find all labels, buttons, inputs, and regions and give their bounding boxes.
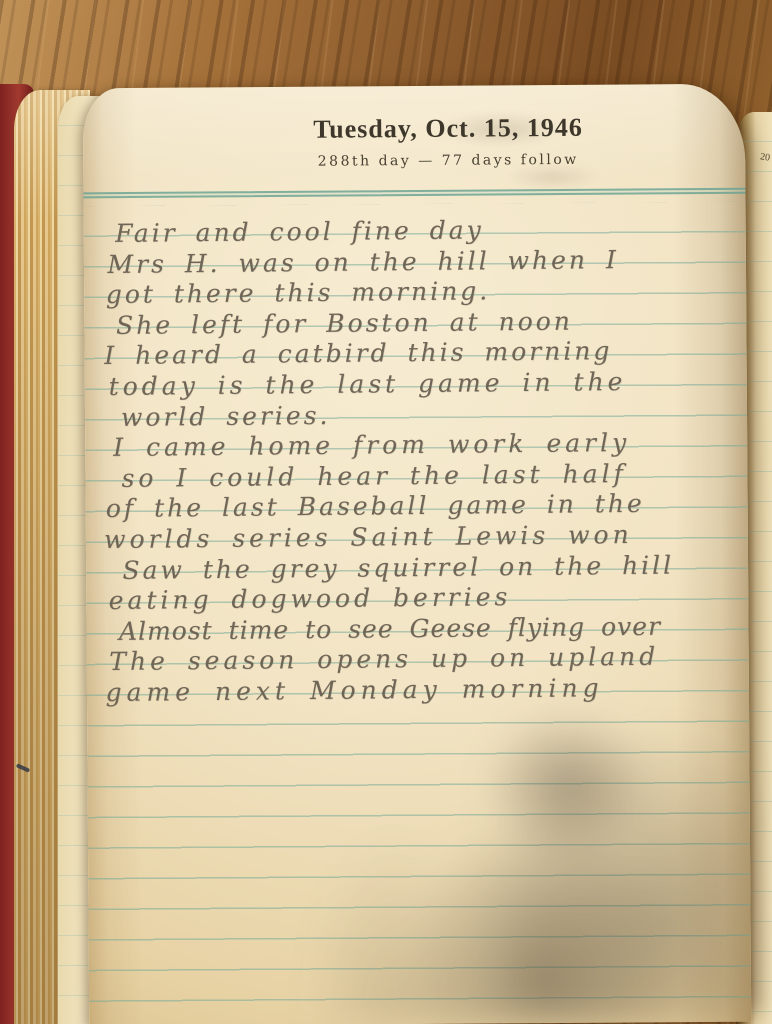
photographer-shadow	[267, 692, 751, 1024]
entry-line: game next Monday morning	[103, 672, 745, 709]
printed-date: Tuesday, Oct. 15, 1946	[117, 111, 772, 146]
page-header: Tuesday, Oct. 15, 1946 288th day — 77 da…	[117, 111, 772, 171]
header-rule-line	[83, 188, 745, 199]
diary-photo: 20 Tuesday, Oct. 15, 1946 288th day — 77…	[0, 0, 772, 1024]
printed-day-count: 288th day — 77 days follow	[117, 150, 772, 171]
diary-page: Tuesday, Oct. 15, 1946 288th day — 77 da…	[83, 84, 752, 1024]
entry-line: The season opens up on upland	[103, 641, 745, 678]
entry-line: Saw the grey squirrel on the hill	[102, 549, 744, 586]
ink-smudge	[16, 763, 30, 772]
diary-entry: Fair and cool fine day Mrs H. was on the…	[99, 213, 746, 709]
